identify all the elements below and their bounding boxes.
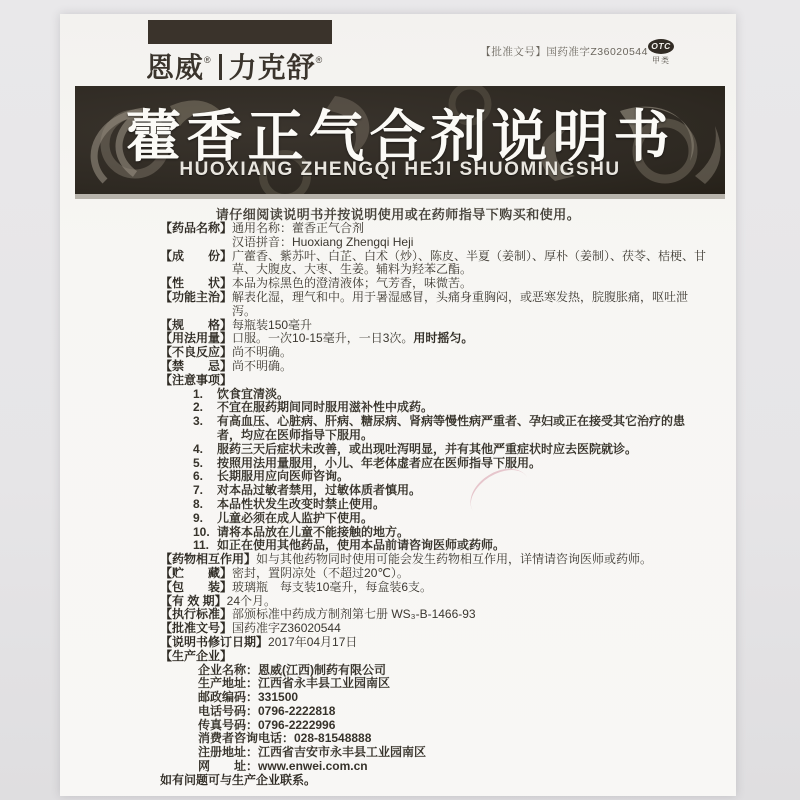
entry-label: 【说明书修订日期】	[160, 635, 268, 649]
entry-value: 国药准字Z36020544	[232, 621, 341, 635]
contact-footer: 如有问题可与生产企业联系。	[160, 774, 708, 788]
approval-number-top: 【批准文号】国药准字Z36020544	[480, 44, 648, 59]
leaflet-paper: 恩威®力克舒® 【批准文号】国药准字Z36020544 OTC 甲类 藿香正气合…	[60, 14, 736, 796]
brand-name-right: 力克舒	[229, 52, 316, 83]
entry-label: 【规 格】	[160, 318, 232, 332]
entry-label: 【不良反应】	[160, 345, 232, 359]
manufacturer-info: 企业名称：恩威(江西)制药有限公司 生产地址：江西省永丰县工业园南区 邮政编码：…	[198, 664, 708, 774]
entry-value: 本品为棕黑色的澄清液体；气芳香，味微苦。	[232, 276, 472, 290]
package-top-bar	[148, 20, 332, 44]
company-website: 网 址：www.enwei.com.cn	[198, 760, 708, 774]
company-phone: 电话号码：0796-2222818	[198, 705, 708, 719]
otc-badge-icon: OTC	[648, 39, 674, 54]
entry-value: 尚不明确。	[232, 359, 292, 373]
list-item: 3.有高血压、心脏病、肝病、糖尿病、肾病等慢性病严重者、孕妇或正在接受其它治疗的…	[193, 415, 708, 443]
list-item: 8.本品性状发生改变时禁止使用。	[193, 498, 708, 512]
company-registered-address: 注册地址：江西省吉安市永丰县工业园南区	[198, 746, 708, 760]
entry-properties: 【性 状】本品为棕黑色的澄清液体；气芳香，味微苦。	[160, 277, 708, 291]
entry-value: 24个月。	[227, 594, 276, 608]
entry-precautions: 【注意事项】	[160, 374, 708, 388]
list-item: 4.服药三天后症状未改善，或出现吐泻明显，并有其他严重症状时应去医院就诊。	[193, 443, 708, 457]
entry-value: 通用名称：藿香正气合剂	[232, 221, 364, 235]
entry-label: 【用法用量】	[160, 331, 232, 345]
entry-label: 【性 状】	[160, 276, 232, 290]
otc-category: 甲类	[648, 55, 674, 66]
brand-logo: 恩威®力克舒®	[146, 46, 323, 80]
brand-name-left: 恩威	[146, 52, 204, 83]
entry-label: 【成 份】	[160, 249, 232, 263]
entry-value: 2017年04月17日	[268, 635, 357, 649]
entry-value: 尚不明确。	[232, 345, 292, 359]
entry-label: 【功能主治】	[160, 290, 232, 304]
entry-value-bold: 用时摇匀。	[413, 331, 473, 345]
page-title-pinyin: HUOXIANG ZHENGQI HEJI SHUOMINGSHU	[75, 159, 725, 181]
entry-value: 玻璃瓶 每支装10毫升，每盒装6支。	[232, 580, 432, 594]
entry-value: 部颁标准中药成方制剂第七册 WS₃-B-1466-93	[232, 607, 476, 621]
entry-interactions: 【药物相互作用】如与其他药物同时使用可能会发生药物相互作用，详情请咨询医师或药师…	[160, 553, 708, 567]
entry-contraindication: 【禁 忌】尚不明确。	[160, 360, 708, 374]
entry-value: 广藿香、紫苏叶、白芷、白术（炒）、陈皮、半夏（姜制）、厚朴（姜制）、茯苓、桔梗、…	[232, 249, 706, 277]
leaflet-body: 【药品名称】通用名称：藿香正气合剂 汉语拼音：Huoxiang Zhengqi …	[160, 222, 708, 788]
list-item: 7.对本品过敏者禁用，过敏体质者慎用。	[193, 484, 708, 498]
entry-indications: 【功能主治】解表化湿，理气和中。用于暑湿感冒，头痛身重胸闷，或恶寒发热，脘腹胀痛…	[160, 291, 708, 319]
entry-label: 【药品名称】	[160, 221, 232, 235]
entry-label: 【禁 忌】	[160, 359, 232, 373]
entry-label: 【贮 藏】	[160, 566, 232, 580]
entry-package: 【包 装】玻璃瓶 每支装10毫升，每盒装6支。	[160, 581, 708, 595]
entry-revision-date: 【说明书修订日期】2017年04月17日	[160, 636, 708, 650]
registered-mark-icon: ®	[204, 55, 212, 65]
entry-label: 【执行标准】	[160, 607, 232, 621]
entry-value: 汉语拼音：Huoxiang Zhengqi Heji	[232, 236, 708, 250]
entry-value: 如与其他药物同时使用可能会发生药物相互作用，详情请咨询医师或药师。	[256, 552, 652, 566]
list-item: 9.儿童必须在成人监护下使用。	[193, 512, 708, 526]
otc-mark: OTC 甲类	[648, 39, 674, 66]
entry-manufacturer: 【生产企业】	[160, 650, 708, 664]
entry-value: 口服。一次10-15毫升，一日3次。	[232, 331, 413, 345]
entry-ingredients: 【成 份】广藿香、紫苏叶、白芷、白术（炒）、陈皮、半夏（姜制）、厚朴（姜制）、茯…	[160, 250, 708, 278]
company-postcode: 邮政编码：331500	[198, 691, 708, 705]
registered-mark-icon: ®	[316, 55, 324, 65]
brand-divider	[219, 54, 222, 80]
entry-approval-no: 【批准文号】国药准字Z36020544	[160, 622, 708, 636]
entry-label: 【批准文号】	[160, 621, 232, 635]
entry-label: 【有 效 期】	[160, 594, 227, 608]
entry-adverse: 【不良反应】尚不明确。	[160, 346, 708, 360]
entry-value: 密封，置阴凉处（不超过20℃）。	[232, 566, 409, 580]
entry-storage: 【贮 藏】密封，置阴凉处（不超过20℃）。	[160, 567, 708, 581]
entry-label: 【药物相互作用】	[160, 552, 256, 566]
title-banner: 藿香正气合剂说明书 HUOXIANG ZHENGQI HEJI SHUOMING…	[75, 86, 725, 199]
entry-value: 解表化湿，理气和中。用于暑湿感冒，头痛身重胸闷，或恶寒发热，脘腹胀痛，呕吐泄泻。	[232, 290, 688, 318]
entry-drug-name: 【药品名称】通用名称：藿香正气合剂 汉语拼音：Huoxiang Zhengqi …	[160, 222, 708, 250]
precautions-list: 1.饮食宜清淡。 2.不宜在服药期间同时服用滋补性中成药。 3.有高血压、心脏病…	[193, 388, 708, 554]
entry-value: 每瓶装150毫升	[232, 318, 312, 332]
entry-label: 【包 装】	[160, 580, 232, 594]
entry-label: 【生产企业】	[160, 649, 232, 663]
entry-label: 【注意事项】	[160, 373, 232, 387]
